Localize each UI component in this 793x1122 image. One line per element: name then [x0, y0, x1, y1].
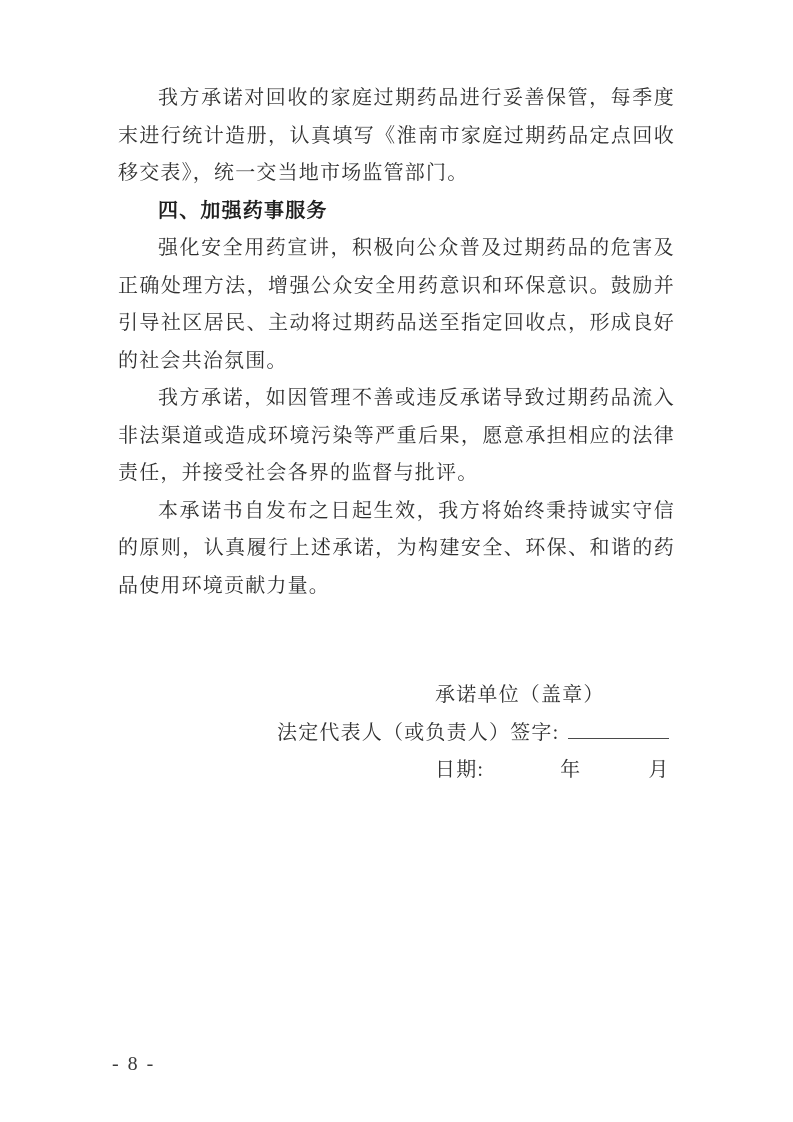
- representative-label: 法定代表人（或负责人）签字:: [277, 722, 559, 744]
- document-body: 我方承诺对回收的家庭过期药品进行妥善保管，每季度末进行统计造册，认真填写《淮南市…: [118, 80, 675, 605]
- paragraph-storage-commitment: 我方承诺对回收的家庭过期药品进行妥善保管，每季度末进行统计造册，认真填写《淮南市…: [118, 80, 675, 193]
- signature-representative-line: 法定代表人（或负责人）签字:: [118, 715, 718, 753]
- month-label: 月: [648, 752, 669, 790]
- page-number: - 8 -: [112, 1053, 155, 1076]
- paragraph-effectiveness: 本承诺书自发布之日起生效，我方将始终秉持诚实守信的原则，认真履行上述承诺，为构建…: [118, 493, 675, 606]
- signature-date-line: 日期:年月: [118, 752, 718, 790]
- year-label: 年: [560, 752, 581, 790]
- date-label: 日期:: [435, 759, 484, 781]
- signature-block: 承诺单位（盖章） 法定代表人（或负责人）签字: 日期:年月: [118, 677, 718, 790]
- section-heading-4: 四、加强药事服务: [118, 193, 675, 231]
- signature-blank-line: [568, 718, 669, 739]
- document-page: 我方承诺对回收的家庭过期药品进行妥善保管，每季度末进行统计造册，认真填写《淮南市…: [0, 0, 793, 1122]
- paragraph-liability: 我方承诺，如因管理不善或违反承诺导致过期药品流入非法渠道或造成环境污染等严重后果…: [118, 380, 675, 493]
- paragraph-pharmacy-service: 强化安全用药宣讲，积极向公众普及过期药品的危害及正确处理方法，增强公众安全用药意…: [118, 230, 675, 380]
- signature-unit-line: 承诺单位（盖章）: [118, 677, 718, 715]
